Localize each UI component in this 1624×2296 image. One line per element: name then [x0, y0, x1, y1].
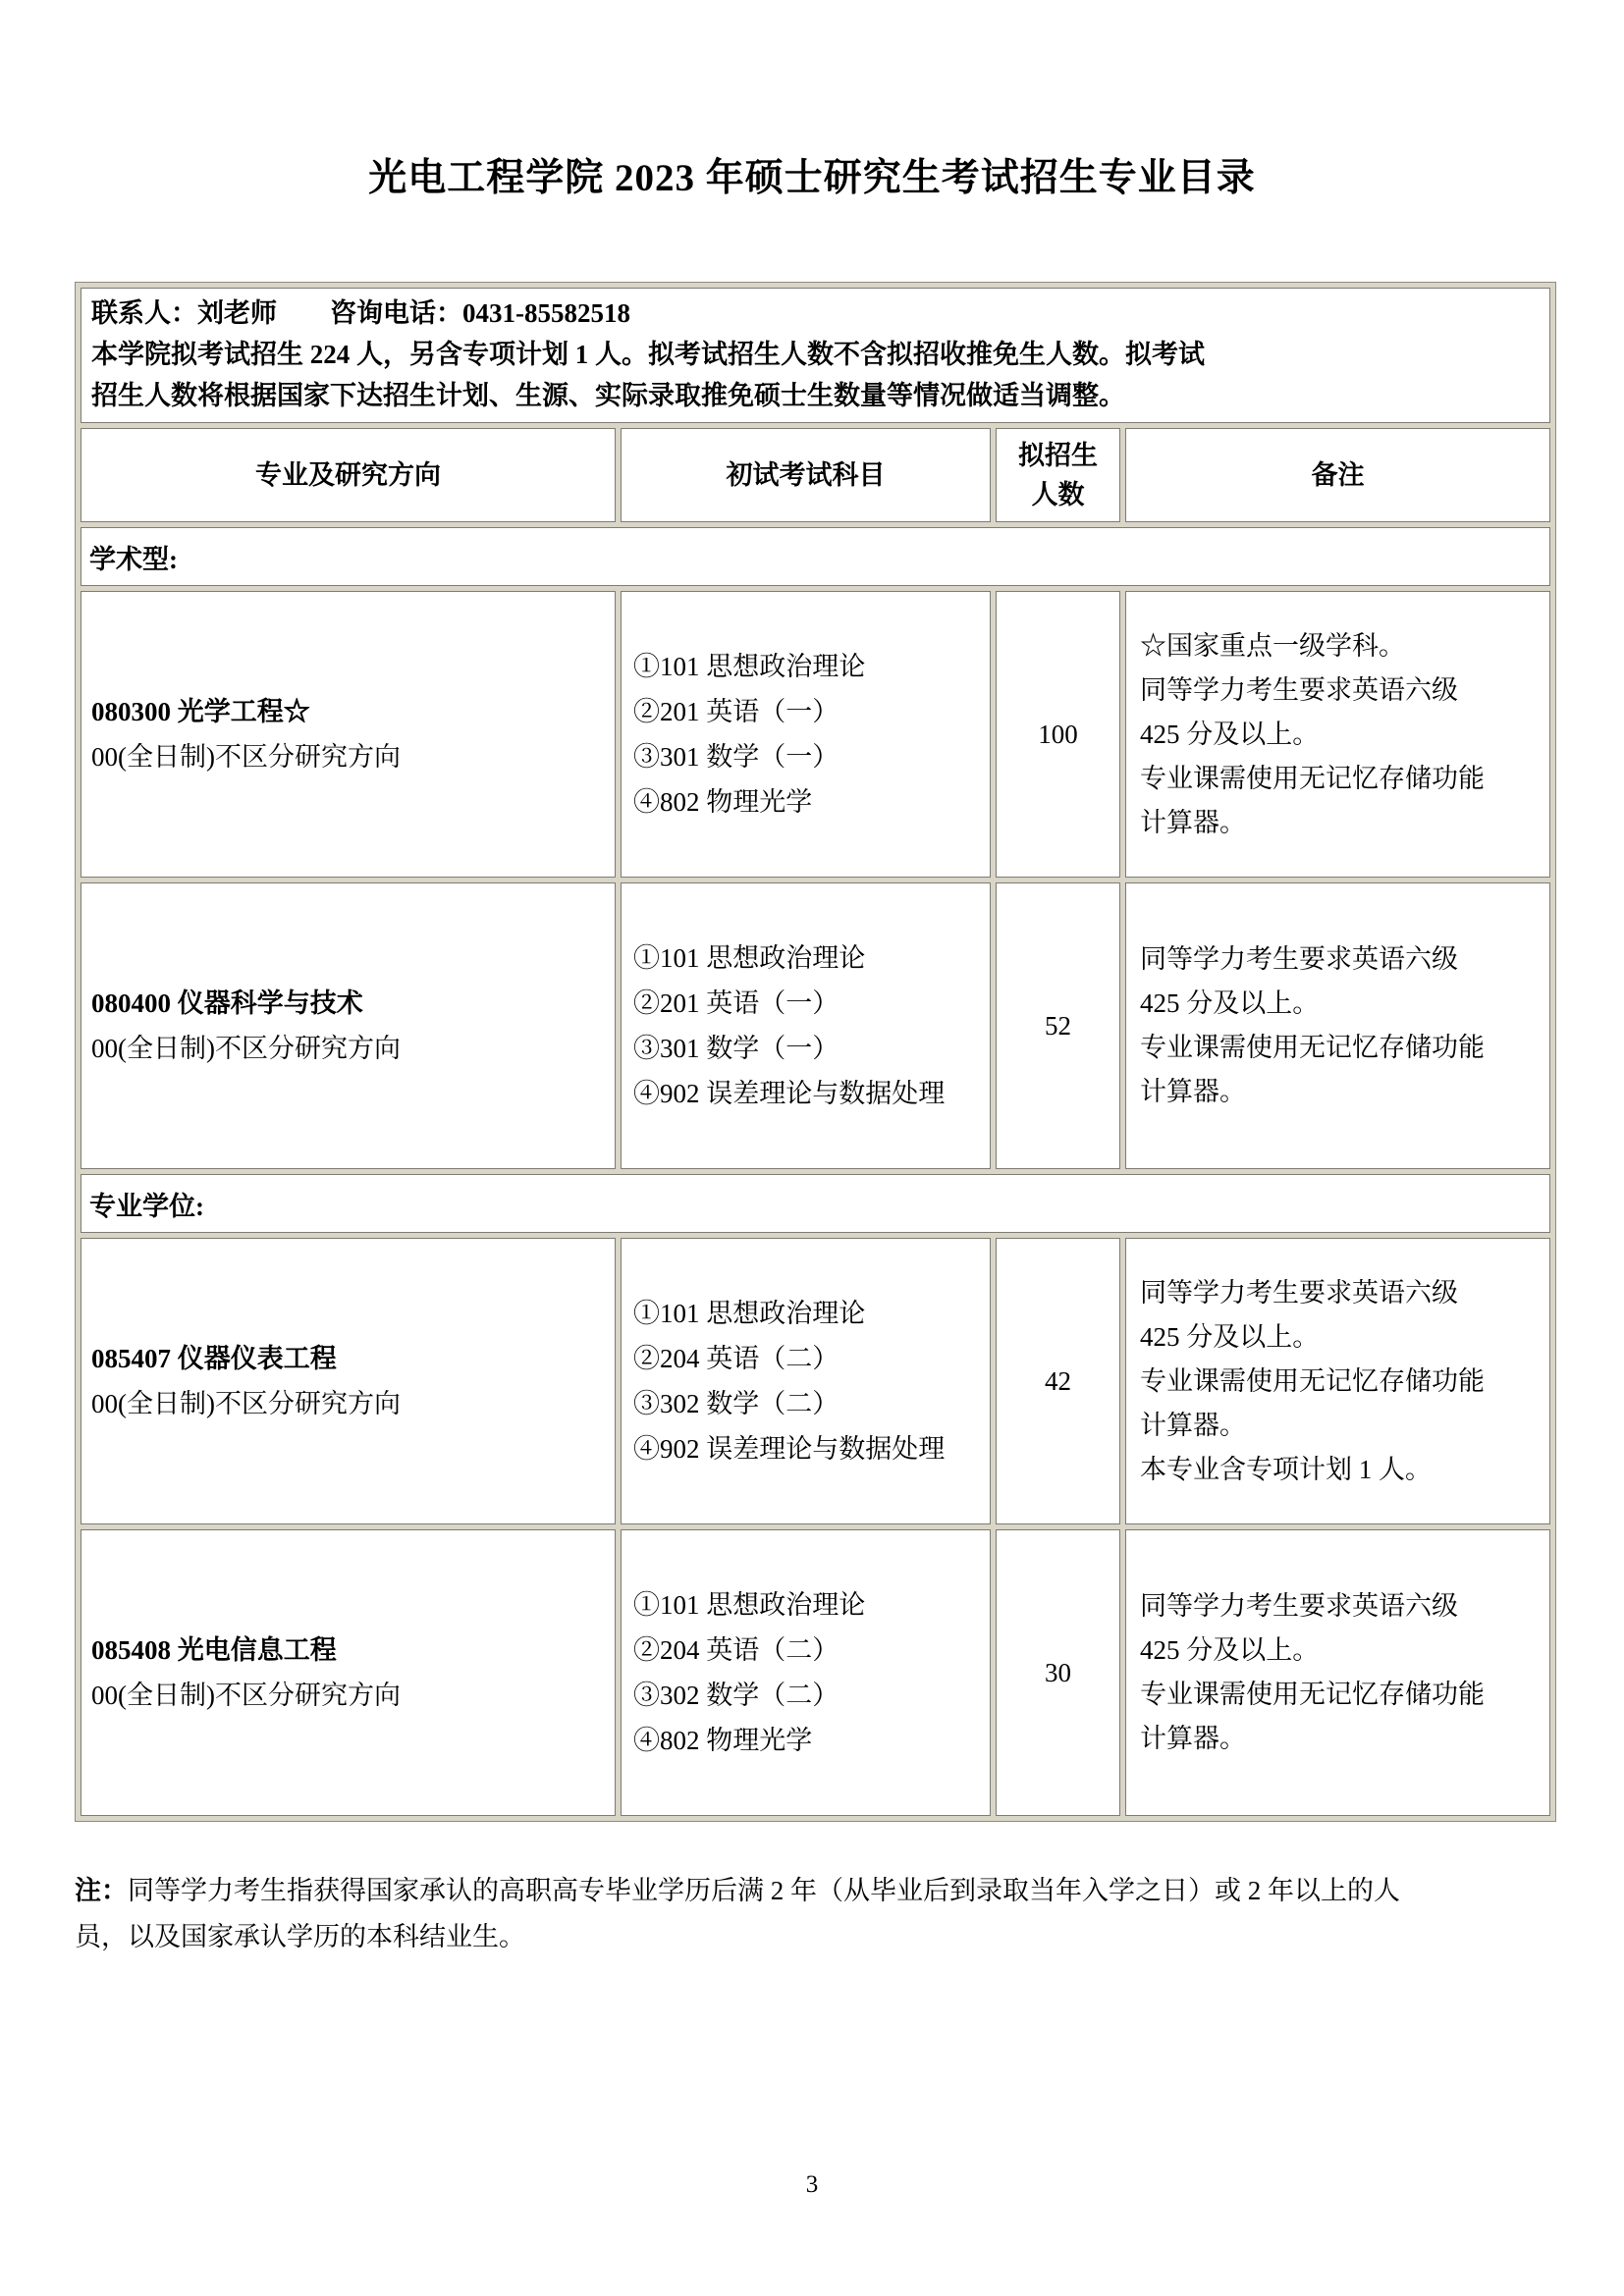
section-row-professional: 专业学位: [81, 1174, 1550, 1233]
page-title: 光电工程学院 2023 年硕士研究生考试招生专业目录 [0, 147, 1624, 202]
quota-value: 100 [996, 591, 1120, 878]
remark-line: 同等学力考生要求英语六级 [1140, 1584, 1548, 1629]
remark-line: 专业课需使用无记忆存储功能 [1140, 1026, 1548, 1070]
footnote: 注：同等学力考生指获得国家承认的高职高专毕业学历后满 2 年（从毕业后到录取当年… [75, 1868, 1549, 1960]
subject-line: ④802 物理光学 [633, 779, 989, 825]
subject-line: ②204 英语（二） [633, 1336, 989, 1381]
program-code-name: 085408 光电信息工程 [91, 1628, 614, 1673]
subject-line: ①101 思想政治理论 [633, 1582, 989, 1628]
remark-line: 计算器。 [1140, 1070, 1548, 1114]
program-code-name: 085407 仪器仪表工程 [91, 1336, 614, 1381]
contact-line: 招生人数将根据国家下达招生计划、生源、实际录取推免硕士生数量等情况做适当调整。 [91, 375, 1540, 416]
header-quota-line2: 人数 [998, 475, 1118, 514]
section-label-academic: 学术型: [81, 527, 1550, 586]
program-direction: 00(全日制)不区分研究方向 [91, 734, 614, 779]
remark-line: 425 分及以上。 [1140, 982, 1548, 1026]
subject-line: ①101 思想政治理论 [633, 1291, 989, 1336]
remark-line: 425 分及以上。 [1140, 713, 1548, 757]
remark-line: 计算器。 [1140, 801, 1548, 845]
remarks-cell: 同等学力考生要求英语六级 425 分及以上。 专业课需使用无记忆存储功能 计算器… [1125, 1238, 1550, 1524]
subject-line: ③301 数学（一） [633, 1026, 989, 1071]
remark-line: 同等学力考生要求英语六级 [1140, 937, 1548, 982]
subject-line: ②204 英语（二） [633, 1628, 989, 1673]
program-code-name: 080400 仪器科学与技术 [91, 981, 614, 1026]
subject-line: ②201 英语（一） [633, 689, 989, 734]
subject-line: ③302 数学（二） [633, 1673, 989, 1718]
quota-value: 42 [996, 1238, 1120, 1524]
remark-line: 计算器。 [1140, 1404, 1548, 1448]
subjects-cell: ①101 思想政治理论 ②204 英语（二） ③302 数学（二） ④902 误… [621, 1238, 991, 1524]
footnote-line1: 注：同等学力考生指获得国家承认的高职高专毕业学历后满 2 年（从毕业后到录取当年… [75, 1868, 1549, 1914]
header-quota-line1: 拟招生 [998, 436, 1118, 475]
subjects-cell: ①101 思想政治理论 ②204 英语（二） ③302 数学（二） ④802 物… [621, 1529, 991, 1816]
footnote-label: 注： [75, 1876, 128, 1905]
footnote-line2: 员，以及国家承认学历的本科结业生。 [75, 1914, 1549, 1960]
remarks-cell: 同等学力考生要求英语六级 425 分及以上。 专业课需使用无记忆存储功能 计算器… [1125, 1529, 1550, 1816]
quota-value: 30 [996, 1529, 1120, 1816]
contact-line: 本学院拟考试招生 224 人，另含专项计划 1 人。拟考试招生人数不含拟招收推免… [91, 334, 1540, 375]
remark-line: 同等学力考生要求英语六级 [1140, 668, 1548, 713]
subject-line: ③301 数学（一） [633, 734, 989, 779]
subject-line: ④802 物理光学 [633, 1718, 989, 1763]
program-direction: 00(全日制)不区分研究方向 [91, 1673, 614, 1718]
program-code-name: 080300 光学工程☆ [91, 689, 614, 734]
subject-line: ③302 数学（二） [633, 1381, 989, 1426]
program-cell: 080300 光学工程☆ 00(全日制)不区分研究方向 [81, 591, 616, 878]
table-row: 085407 仪器仪表工程 00(全日制)不区分研究方向 ①101 思想政治理论… [81, 1238, 1550, 1524]
program-cell: 080400 仪器科学与技术 00(全日制)不区分研究方向 [81, 882, 616, 1169]
remarks-cell: 同等学力考生要求英语六级 425 分及以上。 专业课需使用无记忆存储功能 计算器… [1125, 882, 1550, 1169]
remarks-cell: ☆国家重点一级学科。 同等学力考生要求英语六级 425 分及以上。 专业课需使用… [1125, 591, 1550, 878]
remark-line: 同等学力考生要求英语六级 [1140, 1271, 1548, 1315]
subject-line: ①101 思想政治理论 [633, 935, 989, 981]
table-row: 085408 光电信息工程 00(全日制)不区分研究方向 ①101 思想政治理论… [81, 1529, 1550, 1816]
page-number: 3 [0, 2171, 1624, 2199]
remark-line: ☆国家重点一级学科。 [1140, 624, 1548, 668]
contact-line: 联系人：刘老师 咨询电话：0431-85582518 [91, 293, 1540, 334]
quota-value: 52 [996, 882, 1120, 1169]
remark-line: 425 分及以上。 [1140, 1315, 1548, 1360]
contact-row: 联系人：刘老师 咨询电话：0431-85582518 本学院拟考试招生 224 … [81, 288, 1550, 423]
header-major: 专业及研究方向 [81, 428, 616, 522]
contact-cell: 联系人：刘老师 咨询电话：0431-85582518 本学院拟考试招生 224 … [81, 288, 1550, 423]
subject-line: ④902 误差理论与数据处理 [633, 1426, 989, 1471]
subject-line: ④902 误差理论与数据处理 [633, 1071, 989, 1116]
remark-line: 专业课需使用无记忆存储功能 [1140, 1673, 1548, 1717]
section-label-professional: 专业学位: [81, 1174, 1550, 1233]
document-page: 光电工程学院 2023 年硕士研究生考试招生专业目录 联系人：刘老师 咨询电话：… [0, 0, 1624, 2296]
remark-line: 425 分及以上。 [1140, 1629, 1548, 1673]
remark-line: 专业课需使用无记忆存储功能 [1140, 757, 1548, 801]
subjects-cell: ①101 思想政治理论 ②201 英语（一） ③301 数学（一） ④902 误… [621, 882, 991, 1169]
section-row-academic: 学术型: [81, 527, 1550, 586]
program-cell: 085408 光电信息工程 00(全日制)不区分研究方向 [81, 1529, 616, 1816]
subject-line: ①101 思想政治理论 [633, 644, 989, 689]
table-header-row: 专业及研究方向 初试考试科目 拟招生 人数 备注 [81, 428, 1550, 522]
header-remarks: 备注 [1125, 428, 1550, 522]
header-subjects: 初试考试科目 [621, 428, 991, 522]
program-cell: 085407 仪器仪表工程 00(全日制)不区分研究方向 [81, 1238, 616, 1524]
program-direction: 00(全日制)不区分研究方向 [91, 1381, 614, 1426]
remark-line: 本专业含专项计划 1 人。 [1140, 1448, 1548, 1492]
table-row: 080400 仪器科学与技术 00(全日制)不区分研究方向 ①101 思想政治理… [81, 882, 1550, 1169]
admissions-table: 联系人：刘老师 咨询电话：0431-85582518 本学院拟考试招生 224 … [75, 282, 1556, 1822]
program-direction: 00(全日制)不区分研究方向 [91, 1026, 614, 1071]
subjects-cell: ①101 思想政治理论 ②201 英语（一） ③301 数学（一） ④802 物… [621, 591, 991, 878]
subject-line: ②201 英语（一） [633, 981, 989, 1026]
remark-line: 专业课需使用无记忆存储功能 [1140, 1360, 1548, 1404]
footnote-text1: 同等学力考生指获得国家承认的高职高专毕业学历后满 2 年（从毕业后到录取当年入学… [128, 1876, 1400, 1905]
header-quota: 拟招生 人数 [996, 428, 1120, 522]
table-row: 080300 光学工程☆ 00(全日制)不区分研究方向 ①101 思想政治理论 … [81, 591, 1550, 878]
remark-line: 计算器。 [1140, 1717, 1548, 1761]
